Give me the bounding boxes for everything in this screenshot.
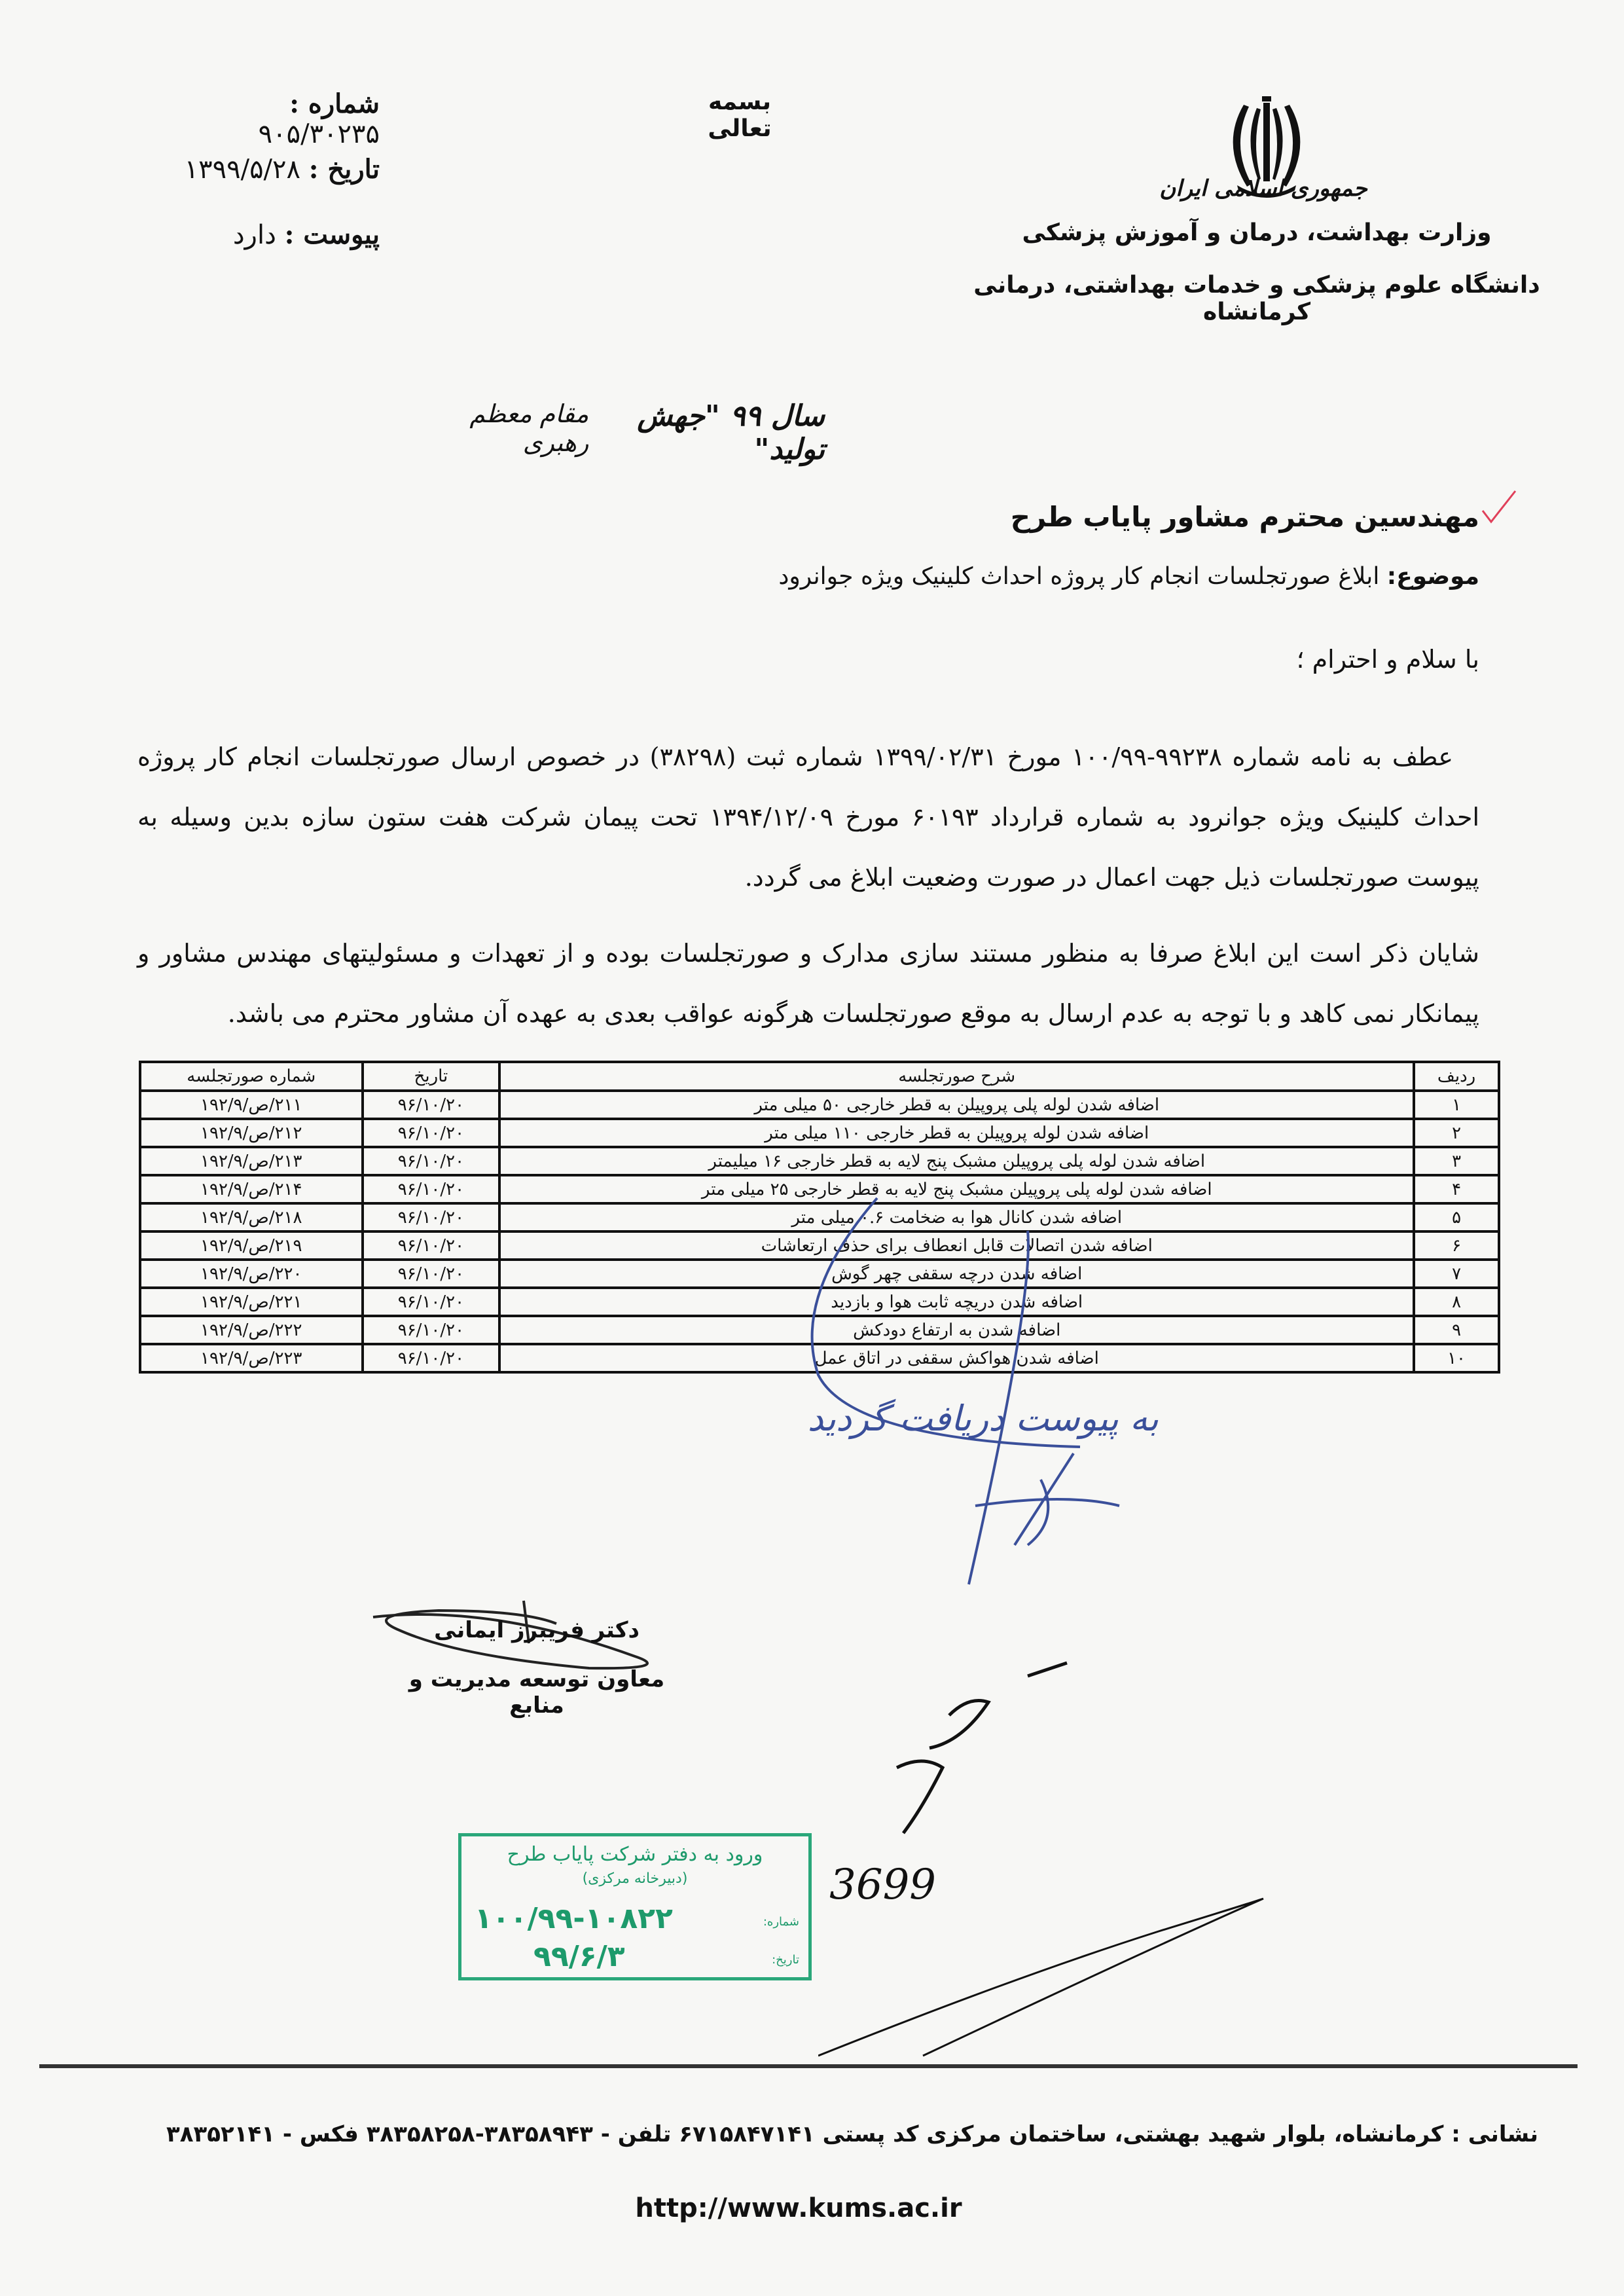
letter-date-value: ۱۳۹۹/۵/۲۸ bbox=[185, 155, 300, 185]
letter-number-value: ۹۰۵/۳۰۲۳۵ bbox=[259, 119, 380, 149]
cell-date: ۹۶/۱۰/۲۰ bbox=[363, 1231, 500, 1260]
cell-date: ۹۶/۱۰/۲۰ bbox=[363, 1316, 500, 1344]
cell-date: ۹۶/۱۰/۲۰ bbox=[363, 1203, 500, 1231]
checkmark-icon bbox=[1479, 488, 1519, 527]
greeting: با سلام و احترام ؛ bbox=[785, 645, 1479, 674]
emblem-caption: جمهوری اسلامی ایران bbox=[1152, 175, 1375, 202]
cell-date: ۹۶/۱۰/۲۰ bbox=[363, 1344, 500, 1372]
cell-description: اضافه شدن لوله پلی پروپیلن مشبک پنج لایه… bbox=[499, 1147, 1414, 1175]
signer-title: معاون توسعه مدیریت و منابع bbox=[380, 1666, 694, 1719]
cell-description: اضافه شدن لوله پلی پروپیلن به قطر خارجی … bbox=[499, 1091, 1414, 1119]
cell-row: ۲ bbox=[1414, 1119, 1499, 1147]
footer-address: نشانی : کرمانشاه، بلوار شهید بهشتی، ساخت… bbox=[98, 2121, 1538, 2147]
table-row: ۳اضافه شدن لوله پلی پروپیلن مشبک پنج لای… bbox=[140, 1147, 1499, 1175]
header-row-number: ردیف bbox=[1414, 1062, 1499, 1091]
cell-date: ۹۶/۱۰/۲۰ bbox=[363, 1260, 500, 1288]
table-row: ۹اضافه شدن به ارتفاع دودکش۹۶/۱۰/۲۰۲۲۲/ص/… bbox=[140, 1316, 1499, 1344]
cell-row: ۹ bbox=[1414, 1316, 1499, 1344]
cell-number: ۲۲۲/ص/۱۹۲/۹ bbox=[140, 1316, 363, 1344]
slogan-text: سال ۹۹ "جهش تولید" bbox=[588, 399, 825, 466]
cell-date: ۹۶/۱۰/۲۰ bbox=[363, 1288, 500, 1316]
cell-row: ۸ bbox=[1414, 1288, 1499, 1316]
cell-description: اضافه شدن اتصالات قابل انعطاف برای حذف ا… bbox=[499, 1231, 1414, 1260]
referral-number: 3699 bbox=[829, 1861, 936, 1909]
table-header-row: ردیف شرح صورتجلسه تاریخ شماره صورتجلسه bbox=[140, 1062, 1499, 1091]
cell-description: اضافه شدن دریچه ثابت هوا و بازدید bbox=[499, 1288, 1414, 1316]
cell-description: اضافه شدن لوله پلی پروپیلن مشبک پنج لایه… bbox=[499, 1175, 1414, 1203]
cell-number: ۲۲۳/ص/۱۹۲/۹ bbox=[140, 1344, 363, 1372]
letter-attachment-label: پیوست : bbox=[285, 219, 380, 250]
cell-description: اضافه شدن لوله پروپیلن به قطر خارجی ۱۱۰ … bbox=[499, 1119, 1414, 1147]
subject-text: ابلاغ صورتجلسات انجام کار پروژه احداث کل… bbox=[778, 563, 1379, 590]
black-handwritten-referral: 3699 bbox=[818, 1637, 1571, 2082]
subject-label: موضوع: bbox=[1387, 563, 1479, 590]
cell-number: ۲۱۱/ص/۱۹۲/۹ bbox=[140, 1091, 363, 1119]
cell-row: ۱۰ bbox=[1414, 1344, 1499, 1372]
cell-description: اضافه شدن هواکش سقفی در اتاق عمل bbox=[499, 1344, 1414, 1372]
cell-number: ۲۲۰/ص/۱۹۲/۹ bbox=[140, 1260, 363, 1288]
stamp-number-label: شماره: bbox=[763, 1915, 799, 1929]
cell-row: ۶ bbox=[1414, 1231, 1499, 1260]
signer-name: دکتر فریبرز ایمانی bbox=[380, 1617, 694, 1643]
cell-description: اضافه شدن کانال هوا به ضخامت ۰.۶ میلی مت… bbox=[499, 1203, 1414, 1231]
table-row: ۵اضافه شدن کانال هوا به ضخامت ۰.۶ میلی م… bbox=[140, 1203, 1499, 1231]
footer-divider bbox=[39, 2064, 1578, 2068]
stamp-date-value: ۹۹/۶/۳ bbox=[533, 1940, 625, 1973]
header-description: شرح صورتجلسه bbox=[499, 1062, 1414, 1091]
table-row: ۲اضافه شدن لوله پروپیلن به قطر خارجی ۱۱۰… bbox=[140, 1119, 1499, 1147]
year-slogan: سال ۹۹ "جهش تولید" مقام معظم رهبری bbox=[419, 399, 825, 466]
cell-date: ۹۶/۱۰/۲۰ bbox=[363, 1119, 500, 1147]
cell-row: ۴ bbox=[1414, 1175, 1499, 1203]
body-paragraph-2: شایان ذکر است این ابلاغ صرفا به منظور مس… bbox=[137, 923, 1479, 1044]
cell-number: ۲۲۱/ص/۱۹۲/۹ bbox=[140, 1288, 363, 1316]
footer-website-link[interactable]: http://www.kums.ac.ir bbox=[628, 2193, 969, 2223]
cell-description: اضافه شدن درچه سقفی چهر گوش bbox=[499, 1260, 1414, 1288]
cell-row: ۱ bbox=[1414, 1091, 1499, 1119]
letter-attachment: پیوست : دارد bbox=[164, 219, 380, 250]
cell-number: ۲۱۳/ص/۱۹۲/۹ bbox=[140, 1147, 363, 1175]
received-stamp: ورود به دفتر شرکت پایاب طرح (دبیرخانه مر… bbox=[458, 1833, 812, 1980]
letter-number-label: شماره : bbox=[289, 88, 380, 119]
recipient: مهندسین محترم مشاور پایاب طرح bbox=[655, 501, 1479, 533]
cell-date: ۹۶/۱۰/۲۰ bbox=[363, 1147, 500, 1175]
blue-note-text: به پیوست دریافت گردید bbox=[808, 1398, 1159, 1440]
stamp-date-label: تاریخ: bbox=[772, 1953, 799, 1967]
cell-date: ۹۶/۱۰/۲۰ bbox=[363, 1175, 500, 1203]
slogan-attribution: مقام معظم رهبری bbox=[419, 399, 588, 466]
subject-line: موضوع: ابلاغ صورتجلسات انجام کار پروژه ا… bbox=[458, 563, 1479, 590]
stamp-title: ورود به دفتر شرکت پایاب طرح bbox=[468, 1843, 802, 1866]
table-row: ۷اضافه شدن درچه سقفی چهر گوش۹۶/۱۰/۲۰۲۲۰/… bbox=[140, 1260, 1499, 1288]
letter-date: تاریخ : ۱۳۹۹/۵/۲۸ bbox=[164, 154, 380, 185]
cell-row: ۵ bbox=[1414, 1203, 1499, 1231]
ministry-name: وزارت بهداشت، درمان و آموزش پزشکی bbox=[1021, 219, 1492, 246]
cell-number: ۲۱۲/ص/۱۹۲/۹ bbox=[140, 1119, 363, 1147]
cell-number: ۲۱۴/ص/۱۹۲/۹ bbox=[140, 1175, 363, 1203]
header-minutes-number: شماره صورتجلسه bbox=[140, 1062, 363, 1091]
table-row: ۶اضافه شدن اتصالات قابل انعطاف برای حذف … bbox=[140, 1231, 1499, 1260]
table-row: ۱اضافه شدن لوله پلی پروپیلن به قطر خارجی… bbox=[140, 1091, 1499, 1119]
table-row: ۴اضافه شدن لوله پلی پروپیلن مشبک پنج لای… bbox=[140, 1175, 1499, 1203]
stamp-subtitle: (دبیرخانه مرکزی) bbox=[468, 1870, 802, 1887]
university-name: دانشگاه علوم پزشکی و خدمات بهداشتی، درما… bbox=[962, 272, 1551, 325]
minutes-table: ردیف شرح صورتجلسه تاریخ شماره صورتجلسه ۱… bbox=[139, 1061, 1500, 1374]
cell-date: ۹۶/۱۰/۲۰ bbox=[363, 1091, 500, 1119]
cell-description: اضافه شدن به ارتفاع دودکش bbox=[499, 1316, 1414, 1344]
cell-number: ۲۱۹/ص/۱۹۲/۹ bbox=[140, 1231, 363, 1260]
table-row: ۱۰اضافه شدن هواکش سقفی در اتاق عمل۹۶/۱۰/… bbox=[140, 1344, 1499, 1372]
letter-number: شماره : ۹۰۵/۳۰۲۳۵ bbox=[164, 88, 380, 149]
table-row: ۸اضافه شدن دریچه ثابت هوا و بازدید۹۶/۱۰/… bbox=[140, 1288, 1499, 1316]
letter-attachment-value: دارد bbox=[233, 220, 276, 250]
letter-date-label: تاریخ : bbox=[309, 154, 380, 185]
cell-number: ۲۱۸/ص/۱۹۲/۹ bbox=[140, 1203, 363, 1231]
header-date: تاریخ bbox=[363, 1062, 500, 1091]
cell-row: ۳ bbox=[1414, 1147, 1499, 1175]
stamp-number-value: ۱۰۰/۹۹-۱۰۸۲۲ bbox=[475, 1902, 673, 1935]
body-paragraph-1: عطف به نامه شماره ۹۹۲۳۸-۱۰۰/۹۹ مورخ ۱۳۹۹… bbox=[137, 727, 1479, 907]
cell-row: ۷ bbox=[1414, 1260, 1499, 1288]
bismillah-heading: بسمه تعالی bbox=[681, 88, 799, 142]
